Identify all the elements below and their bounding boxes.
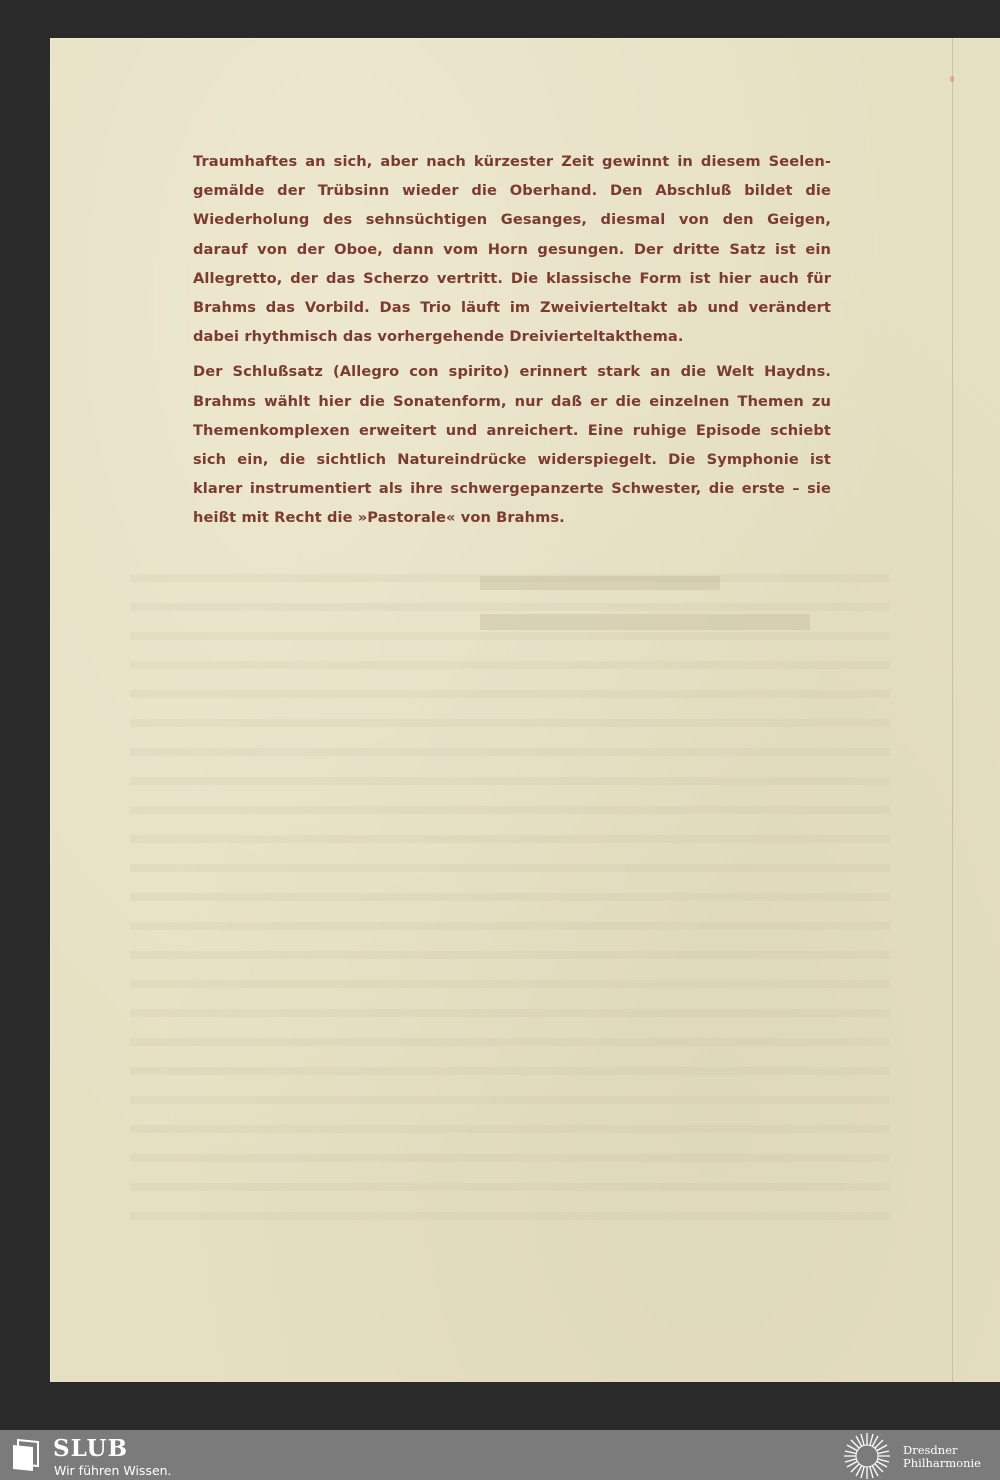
text-line: dabei rhythmisch das vorhergehende Dreiv… — [193, 328, 684, 345]
text-line: Brahms wählt hier die Sonatenform, nur d… — [193, 393, 831, 410]
slub-tagline: Wir führen Wissen. — [54, 1463, 172, 1478]
dp-name-line2: Philharmonie — [903, 1457, 981, 1470]
body-text: Traumhaftes an sich, aber nach kürzester… — [193, 147, 831, 533]
paragraph-1: Traumhaftes an sich, aber nach kürzester… — [193, 147, 831, 351]
text-line: Brahms das Vorbild. Das Trio läuft im Zw… — [193, 299, 831, 316]
text-line: Traumhaftes an sich, aber nach kürzester… — [193, 153, 831, 170]
text-line: Recht die »Pastorale« von Brahms. — [274, 509, 565, 526]
sunburst-ring-icon — [842, 1432, 892, 1480]
fold-mark — [950, 76, 954, 82]
text-line: Wiederholung des sehnsüchtigen Gesanges,… — [193, 211, 831, 228]
text-line: darauf von der Oboe, dann vom Horn gesun… — [193, 241, 831, 258]
text-line: Themenkomplexen erweitert und anreichert… — [193, 422, 831, 439]
text-line: Der Schlußsatz (Allegro con spirito) eri… — [193, 363, 831, 380]
book-pages-icon — [12, 1438, 42, 1472]
show-through-text — [130, 560, 890, 1230]
paragraph-2: Der Schlußsatz (Allegro con spirito) eri… — [193, 357, 831, 532]
text-line: Allegretto, der das Scherzo vertritt. Di… — [193, 270, 831, 287]
slub-title: SLUB — [53, 1435, 128, 1463]
dresdner-philharmonie-name: Dresdner Philharmonie — [903, 1444, 981, 1470]
text-line: gemälde der Trübsinn wieder die Oberhand… — [193, 182, 831, 199]
fold-line — [952, 38, 953, 1382]
footer-bar: SLUB Wir führen Wissen. — [0, 1430, 1000, 1480]
